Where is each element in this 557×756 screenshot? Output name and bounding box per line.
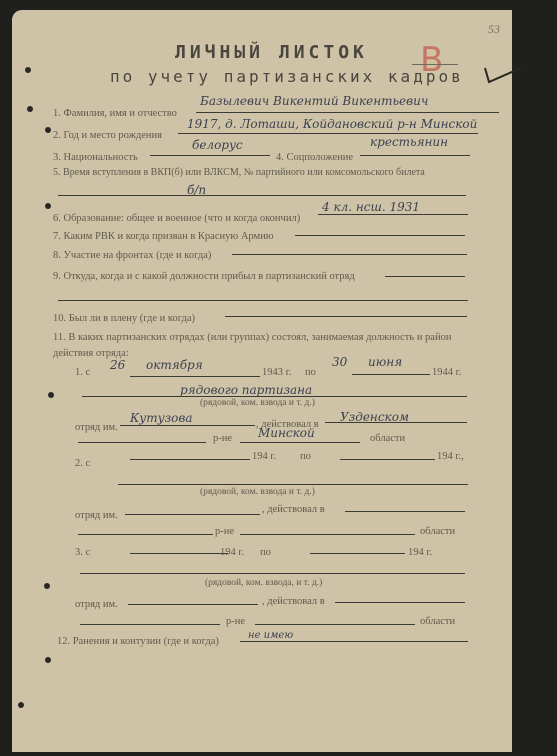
period-1-from-month: октября [146,358,203,372]
period-2-region-label: области [420,526,455,537]
underline [335,602,465,603]
period-1-district-prefix: р-не [213,433,232,444]
punch-hole [45,127,51,133]
field-1-value: Базылевич Викентий Викентьевич [200,94,428,108]
punch-hole [27,106,33,112]
field-7-label: 7. Каким РВК и когда призван в Красную А… [53,231,274,242]
underline [82,396,467,397]
underline [360,155,470,156]
field-9-label: 9. Откуда, когда и с какой должности при… [53,271,355,282]
underline [150,155,270,156]
field-6-label: 6. Образование: общее и военное (что и к… [53,213,300,224]
underline [130,376,260,377]
field-2-label: 2. Год и место рождения [53,130,162,141]
underline [178,133,478,134]
form-title: ЛИЧНЫЙ ЛИСТОК [175,42,368,63]
underline [225,316,467,317]
period-1-to-month: июня [368,355,402,369]
red-pencil-mark: В [420,40,443,80]
field-2-value: 1917, д. Лоташи, Койдановский р-н Минско… [187,117,477,131]
period-1-from-year: 1943 г. [262,367,291,378]
underline [80,573,465,574]
underline [240,534,415,535]
underline [130,459,250,460]
underline [240,442,360,443]
field-1-label: 1. Фамилия, имя и отчество [53,108,177,119]
period-3-index: 3. с [75,547,90,558]
period-3-from-year: 194 г. [220,547,244,558]
underline [196,112,499,113]
field-5-label: 5. Время вступления в ВКП(б) или ВЛКСМ, … [53,167,425,178]
period-1-to-year: 1944 г. [432,367,461,378]
underline [240,641,468,642]
underline [125,514,260,515]
underline [340,459,435,460]
underline [352,374,430,375]
underline [232,254,467,255]
period-1-region: Минской [258,426,315,440]
field-12-value: не имею [248,630,293,641]
punch-hole [45,203,51,209]
punch-hole [45,657,51,663]
form-subtitle: по учету партизанских кадров [110,67,464,86]
period-3-to-year: 194 г. [408,547,432,558]
period-2-index: 2. с [75,458,90,469]
period-1-region-label: области [370,433,405,444]
field-4-label: 4. Соцположение [276,152,353,163]
period-2-position-hint: (рядовой, ком. взвода и т. д.) [200,487,315,497]
underline [58,300,468,301]
period-2-to-year: 194 г., [437,451,464,462]
punch-hole [48,392,54,398]
underline [118,484,468,485]
period-2-acting-label: , действовал в [262,504,325,515]
period-1-unit: Кутузова [130,411,193,425]
punch-hole [18,702,24,708]
underline [80,624,220,625]
period-3-region-label: области [420,616,455,627]
field-3-value: белорус [192,138,243,152]
field-4-value: крестьянин [370,135,448,149]
period-3-district-prefix: р-не [226,616,245,627]
underline [385,276,465,277]
underline [78,534,213,535]
underline [120,425,255,426]
field-8-label: 8. Участие на фронтах (где и когда) [53,250,211,261]
period-1-unit-label: отряд им. [75,422,118,433]
underline [295,235,465,236]
field-10-label: 10. Был ли в плену (где и когда) [53,313,195,324]
page-number: 53 [488,22,500,37]
period-2-from-year: 194 г. [252,451,276,462]
field-12-label: 12. Ранения и контузии (где и когда) [57,636,219,647]
underline [255,624,415,625]
period-1-to-day: 30 [332,355,347,369]
check-mark-icon [483,64,523,86]
field-3-label: 3. Национальность [53,152,138,163]
period-2-to-label: по [300,451,311,462]
punch-hole [25,67,31,73]
period-2-district-prefix: р-не [215,526,234,537]
underline [325,422,467,423]
red-mark-underline [412,64,458,65]
period-3-position-hint: (рядовой, ком. взвода, и т. д.) [205,578,322,588]
period-1-from-day: 26 [110,358,125,372]
period-1-to-label: по [305,367,316,378]
punch-hole [44,583,50,589]
period-3-to-label: по [260,547,271,558]
field-6-value: 4 кл. нсш. 1931 [322,200,420,214]
period-1-position-hint: (рядовой, ком. взвода и т. д.) [200,398,315,408]
period-1-index: 1. с [75,367,90,378]
underline [345,511,465,512]
underline [318,214,468,215]
period-3-acting-label: , действовал в [262,596,325,607]
underline [78,442,206,443]
period-3-unit-label: отряд им. [75,599,118,610]
underline [310,553,405,554]
period-2-unit-label: отряд им. [75,510,118,521]
underline [128,604,258,605]
period-1-position: рядового партизана [180,383,312,397]
underline [130,553,228,554]
underline [58,195,466,196]
